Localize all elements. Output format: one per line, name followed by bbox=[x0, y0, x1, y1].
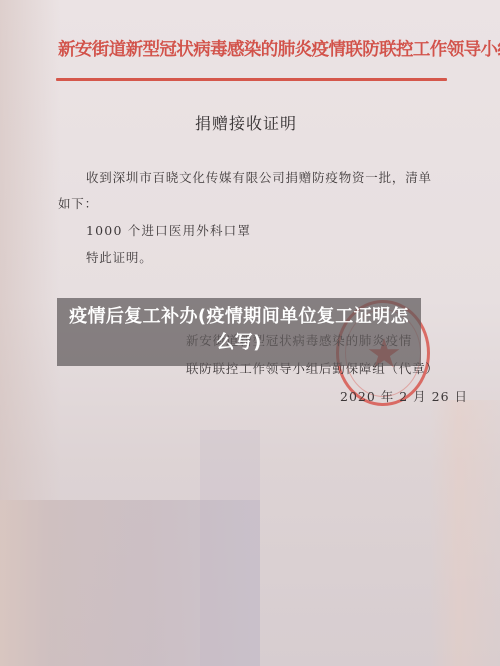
closing-statement: 特此证明。 bbox=[86, 248, 153, 266]
body-paragraph: 收到深圳市百晓文化传媒有限公司捐赠防疫物资一批，清单 bbox=[86, 168, 432, 186]
shadow-region bbox=[430, 400, 500, 666]
letterhead-rule bbox=[56, 78, 447, 81]
caption-title: 疫情后复工补办(疫情期间单位复工证明怎么写) bbox=[57, 298, 421, 356]
body-paragraph-continued: 如下： bbox=[58, 194, 98, 212]
document-photo: 新安街道新型冠状病毒感染的肺炎疫情联防联控工作领导小组 捐赠接收证明 收到深圳市… bbox=[0, 0, 500, 666]
signature-date: 2020 年 2 月 26 日 bbox=[340, 387, 468, 405]
donation-item: 1000 个进口医用外科口罩 bbox=[86, 221, 251, 239]
shadow-region bbox=[200, 430, 260, 666]
letterhead-title: 新安街道新型冠状病毒感染的肺炎疫情联防联控工作领导小组 bbox=[58, 36, 458, 61]
document-title: 捐赠接收证明 bbox=[195, 111, 297, 134]
caption-overlay: 疫情后复工补办(疫情期间单位复工证明怎么写) bbox=[57, 298, 421, 366]
